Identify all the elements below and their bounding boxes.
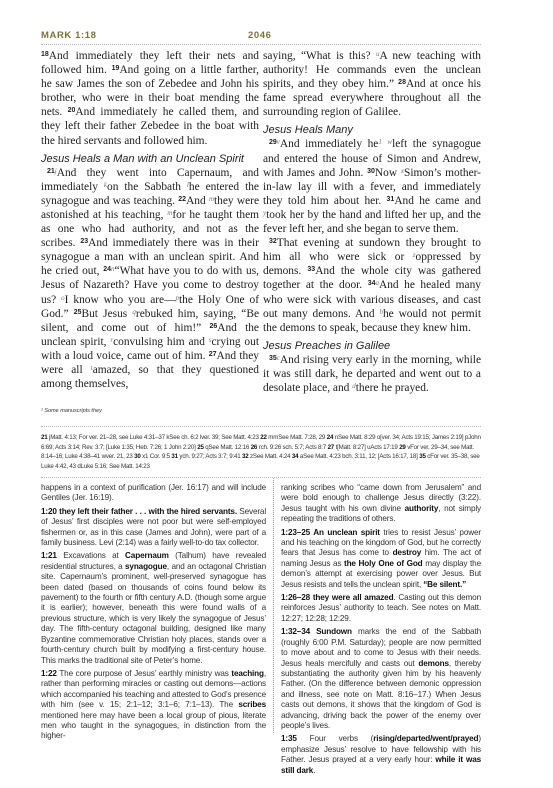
- verse-text: And immediately he: [280, 138, 378, 150]
- note-keyword: scribes: [238, 700, 266, 709]
- note-keyword: demons: [418, 659, 449, 668]
- page-number: 2046: [248, 30, 272, 41]
- paragraph: saying, “What is this? uA new teaching w…: [263, 49, 481, 119]
- verse-number: 29: [269, 139, 277, 146]
- verse-number: 32: [269, 238, 277, 245]
- paragraph: 32That evening at sundown they brought t…: [263, 236, 481, 335]
- verse-number: 27: [209, 351, 217, 358]
- running-head: MARK 1:18 2046: [41, 30, 481, 44]
- note-reference: 1:32–34 Sundown: [281, 627, 352, 636]
- verse-text: I know who you are—: [65, 294, 176, 306]
- verse-number: 24: [103, 266, 111, 273]
- paragraph: 29vAnd immediately he1 wleft the synagog…: [263, 137, 481, 236]
- study-notes-left: happens in a context of purification (Je…: [41, 483, 266, 745]
- study-note: ranking scribes who “came down from Jeru…: [281, 483, 481, 525]
- verse-number: 28: [398, 79, 406, 86]
- paragraph: 21jAnd they went into Capernaum, and imm…: [41, 166, 259, 392]
- note-reference: 1:22: [41, 669, 57, 678]
- section-heading: Jesus Heals a Man with an Unclean Spirit: [41, 153, 259, 166]
- scripture-right-column: saying, “What is this? uA new teaching w…: [263, 49, 481, 395]
- note-keyword: the Holy One of God: [344, 559, 423, 568]
- crossref-divider: [41, 426, 481, 427]
- note-keyword: rising/departed/went/prayed: [373, 734, 478, 743]
- note-keyword: while it was still dark: [281, 755, 481, 774]
- crossref-entry[interactable]: 26 rch. 9:26 sch. 5:7; Acts 8:7: [251, 444, 326, 451]
- note-keyword: teaching: [231, 669, 263, 678]
- scripture-left-column: 18And immediately they left their nets a…: [41, 49, 259, 391]
- study-note: 1:20 they left their father . . . with t…: [41, 507, 266, 549]
- verse-text: on the Sabbath: [107, 181, 181, 193]
- note-reference: 1:35: [281, 734, 297, 743]
- verse-text: And he came and: [394, 195, 481, 207]
- study-note: happens in a context of purification (Je…: [41, 483, 266, 504]
- study-note: 1:32–34 Sundown marks the end of the Sab…: [281, 627, 481, 731]
- study-notes-right: ranking scribes who “came down from Jeru…: [281, 483, 481, 779]
- notes-divider: [41, 477, 481, 478]
- crossref-entry[interactable]: 27 t[Matt. 8:27] uActs 17:19: [328, 444, 398, 451]
- note-keyword: Capernaum: [125, 551, 169, 560]
- note-reference: 1:23–25 An unclean spirit: [281, 528, 380, 537]
- note-keyword: “Be silent.”: [423, 580, 466, 589]
- verse-text: saying, “What is this?: [263, 50, 371, 62]
- verse-text: And: [186, 195, 206, 207]
- footnote-marker[interactable]: 1: [378, 138, 382, 146]
- verse-text: But Jesus: [82, 308, 128, 320]
- note-reference: 1:20 they left their father . . . with t…: [41, 507, 237, 516]
- section-heading: Jesus Preaches in Galilee: [263, 340, 481, 353]
- study-note: 1:26–28 they were all amazed. Casting ou…: [281, 593, 481, 624]
- note-keyword: synagogue: [125, 562, 167, 571]
- note-keyword: destroy: [393, 548, 422, 557]
- crossref-entry[interactable]: 31 ych. 9:27; Acts 3:7; 9:41: [171, 453, 240, 460]
- paragraph: 35cAnd rising very early in the morning,…: [263, 353, 481, 395]
- chapter-reference: MARK 1:18: [41, 30, 97, 41]
- cross-references: 21 jMatt. 4:13; For ver. 21–28, see Luke…: [41, 433, 481, 471]
- paragraph: 18And immediately they left their nets a…: [41, 49, 259, 148]
- verse-number: 25: [74, 309, 82, 316]
- study-note: 1:22 The core purpose of Jesus’ earthly …: [41, 669, 266, 742]
- note-reference: 1:26–28 they were all amazed: [281, 593, 393, 602]
- section-heading: Jesus Heals Many: [263, 124, 481, 137]
- crossref-entry[interactable]: 34 aSee Matt. 4:23 bch. 3:11, 12; [Acts …: [292, 453, 418, 460]
- crossref-entry[interactable]: 32 zSee Matt. 4:24: [242, 453, 290, 460]
- note-reference: 1:21: [41, 551, 57, 560]
- verse-text: took her by the hand and lifted her up, …: [263, 209, 481, 235]
- verse-number: 30: [367, 168, 375, 175]
- crossref-entry[interactable]: 22 mmSee Matt. 7:28, 29: [260, 434, 325, 441]
- verse-number: 22: [178, 196, 186, 203]
- verse-number: 21: [47, 168, 55, 175]
- verse-text: there he prayed.: [356, 382, 429, 394]
- study-note: 1:35 Four verbs (rising/departed/went/pr…: [281, 734, 481, 776]
- study-note: 1:23–25 An unclean spirit tries to resis…: [281, 528, 481, 590]
- textual-footnote: ¹ Some manuscripts they: [41, 408, 102, 414]
- verse-number: 23: [80, 238, 88, 245]
- crossref-entry[interactable]: 21 jMatt. 4:13; For ver. 21–28, see Luke…: [41, 434, 259, 441]
- verse-text: convulsing him and: [113, 336, 205, 348]
- crossref-entry[interactable]: 25 qSee Matt. 12:16: [197, 444, 249, 451]
- note-keyword: authority: [405, 504, 439, 513]
- verse-number: 35: [269, 355, 277, 362]
- crossref-entry[interactable]: 30 x1 Cor. 9:5: [134, 453, 170, 460]
- column-divider: [273, 478, 274, 733]
- verse-number: 18: [41, 51, 49, 58]
- study-note: 1:21 Excavations at Capernaum (Talhum) h…: [41, 551, 266, 665]
- verse-text: Now: [375, 167, 397, 179]
- header-divider: [41, 44, 481, 45]
